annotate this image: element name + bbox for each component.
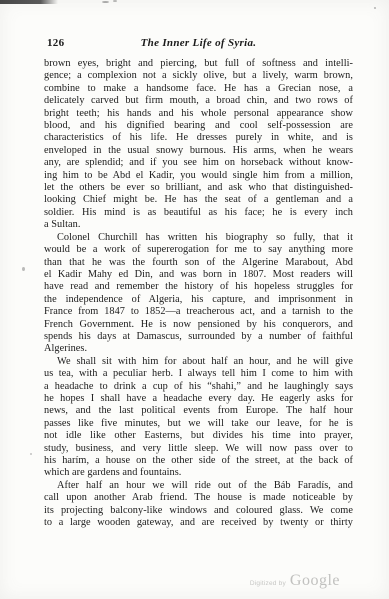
- text-line: spends his days at Damascus, surrounded …: [44, 331, 353, 343]
- text-line: would be a work of supererogation for me…: [44, 244, 353, 256]
- text-line: its projecting balcony-like windows and …: [44, 505, 353, 517]
- text-line: gence; a complexion not a sickly olive, …: [44, 70, 353, 82]
- page-header: 126 The Inner Life of Syria.: [44, 37, 353, 52]
- scan-speck: [113, 0, 117, 2]
- book-page-scan: 126 The Inner Life of Syria. brown eyes,…: [0, 0, 389, 599]
- text-line: not idle like other Easterns, but divide…: [44, 430, 353, 442]
- text-line: his harím, a house on the other side of …: [44, 455, 353, 467]
- text-line: news, and the last political events from…: [44, 405, 353, 417]
- text-line: us tea, with a peculiar herb. I always t…: [44, 368, 353, 380]
- text-line: any, are splendid; and if you see him on…: [44, 157, 353, 169]
- scan-speck: [374, 7, 376, 9]
- text-line: the independence of Algeria, his capture…: [44, 294, 353, 306]
- text-line: combine to make a handsome face. He has …: [44, 83, 353, 95]
- scan-artifact-bar: [0, 0, 58, 4]
- text-line: call upon another Arab friend. The house…: [44, 492, 353, 504]
- text-block: brown eyes, bright and piercing, but ful…: [44, 58, 353, 529]
- text-line: el Kadir Mahy ed Din, and was born in 18…: [44, 269, 353, 281]
- text-line: We shall sit with him for about half an …: [44, 356, 353, 368]
- paragraph: After half an hour we will ride out of t…: [44, 480, 353, 530]
- text-line: characteristics of his life. He dresses …: [44, 132, 353, 144]
- watermark-prefix: Digitized by: [250, 580, 286, 587]
- scan-speck: [30, 453, 32, 455]
- text-line: passes like five minutes, but we will ta…: [44, 418, 353, 430]
- text-line: enveloped in the usual snowy burnous. Hi…: [44, 145, 353, 157]
- text-line: than that he was the fourth son of the A…: [44, 257, 353, 269]
- text-line: he hopes I shall have a headache every d…: [44, 393, 353, 405]
- text-line: Algerines.: [44, 343, 353, 355]
- text-line: ing him to be Abd el Kadir, you would si…: [44, 170, 353, 182]
- text-line: After half an hour we will ride out of t…: [44, 480, 353, 492]
- text-line: France from 1847 to 1852—a treacherous a…: [44, 306, 353, 318]
- text-line: Colonel Churchill has written his biogra…: [44, 232, 353, 244]
- google-logo-text: Google: [290, 572, 340, 590]
- text-line: blood, and his dignified bearing and coo…: [44, 120, 353, 132]
- text-line: soldier. His mind is as beautiful as his…: [44, 207, 353, 219]
- text-line: looking Chief might be. He has the seat …: [44, 194, 353, 206]
- text-line: brown eyes, bright and piercing, but ful…: [44, 58, 353, 70]
- paragraph: Colonel Churchill has written his biogra…: [44, 232, 353, 356]
- text-line: to a large wooden gateway, and are recei…: [44, 517, 353, 529]
- paragraph: We shall sit with him for about half an …: [44, 356, 353, 480]
- text-line: a headache to drink a cup of his “shahi,…: [44, 381, 353, 393]
- text-line: delicately carved but firm mouth, a broa…: [44, 95, 353, 107]
- text-line: a Sultan.: [44, 219, 353, 231]
- text-line: study, business, and very little sleep. …: [44, 443, 353, 455]
- text-line: which are gardens and fountains.: [44, 467, 353, 479]
- text-line: have read and remember the history of hi…: [44, 281, 353, 293]
- text-line: French Government. He is now pensioned b…: [44, 319, 353, 331]
- text-line: let the others be ever so brilliant, and…: [44, 182, 353, 194]
- scan-speck: [102, 1, 109, 3]
- text-line: bright teeth; his hands and his whole pe…: [44, 108, 353, 120]
- scan-speck: [22, 267, 25, 271]
- running-title: The Inner Life of Syria.: [44, 37, 353, 49]
- paragraph: brown eyes, bright and piercing, but ful…: [44, 58, 353, 232]
- watermark: Digitized by Google: [250, 572, 340, 590]
